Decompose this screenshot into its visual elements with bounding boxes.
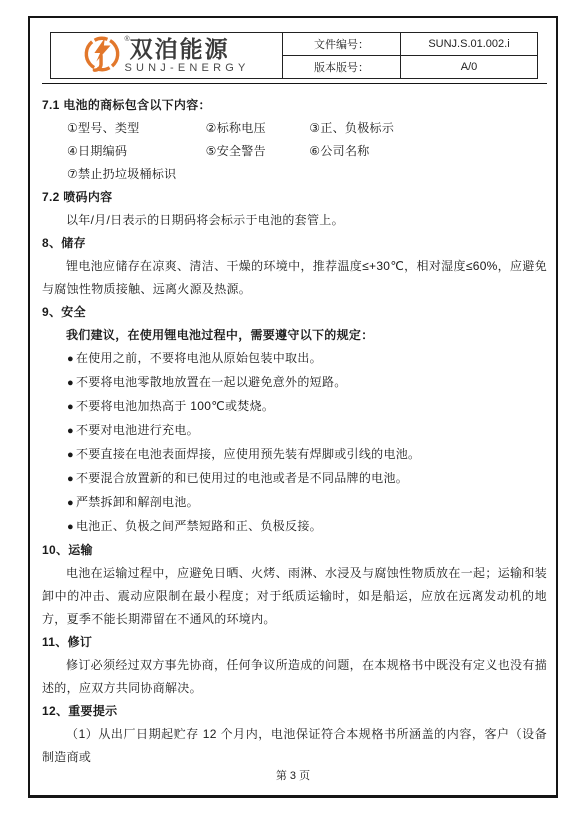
section-7-1-heading: 7.1 电池的商标包含以下内容： [42,94,547,117]
page-number: 第 3 页 [30,767,556,783]
trademark-item-3: ③正、负极标示 [309,121,394,135]
bullet-icon: ● [67,449,74,461]
header-divider [42,83,547,84]
version-row: 版本版号： A/0 [283,55,537,78]
trademark-item-6: ⑥公司名称 [309,144,369,158]
safety-rule-text: 在使用之前，不要将电池从原始包装中取出。 [76,351,322,365]
safety-rule-text: 严禁拆卸和解剖电池。 [76,495,199,509]
section-12-heading: 12、重要提示 [42,700,547,723]
trademark-item-4: ④日期编码 [67,140,202,163]
safety-rule: ●严禁拆卸和解剖电池。 [67,491,547,515]
safety-rule-text: 电池正、负极之间严禁短路和正、负极反接。 [76,519,322,533]
trademark-row-2: ④日期编码 ⑤安全警告 ⑥公司名称 [42,140,547,163]
safety-rule-text: 不要混合放置新的和已使用过的电池或者是不同品牌的电池。 [76,471,408,485]
brand-name-en: SUNJ-ENERGY [124,62,249,74]
safety-rule: ●不要混合放置新的和已使用过的电池或者是不同品牌的电池。 [67,467,547,491]
safety-rule: ●不要直接在电池表面焊接，应使用预先装有焊脚或引线的电池。 [67,443,547,467]
safety-rule-text: 不要将电池加热高于 100℃或焚烧。 [76,399,274,413]
trademark-item-5: ⑤安全警告 [206,140,306,163]
trademark-row-1: ①型号、类型 ②标称电压 ③正、负极标示 [42,117,547,140]
section-9-heading: 9、安全 [42,301,547,324]
trademark-item-1: ①型号、类型 [67,117,202,140]
doc-number-label: 文件编号： [283,33,401,55]
document-meta: 文件编号： SUNJ.S.01.002.i 版本版号： A/0 [283,33,537,78]
section-8-heading: 8、储存 [42,232,547,255]
section-12-paragraph: （1）从出厂日期起贮存 12 个月内，电池保证符合本规格书所涵盖的内容，客户（设… [42,723,547,769]
flame-bolt-icon [83,33,121,80]
bullet-icon: ● [67,425,74,437]
section-10-paragraph: 电池在运输过程中，应避免日晒、火烤、雨淋、水浸及与腐蚀性物质放在一起；运输和装卸… [42,562,547,631]
bullet-icon: ● [67,521,74,533]
safety-rule-text: 不要将电池零散地放置在一起以避免意外的短路。 [76,375,347,389]
section-11-heading: 11、修订 [42,631,547,654]
section-9-intro: 我们建议，在使用锂电池过程中，需要遵守以下的规定： [42,324,547,347]
trademark-row-3: ⑦禁止扔垃圾桶标识 [42,163,547,186]
doc-number-row: 文件编号： SUNJ.S.01.002.i [283,33,537,55]
safety-rule-text: 不要对电池进行充电。 [76,423,199,437]
bullet-icon: ● [67,377,74,389]
section-8-paragraph: 锂电池应储存在凉爽、清洁、干燥的环境中，推荐温度≤+30℃，相对湿度≤60%，应… [42,255,547,301]
safety-rules-list: ●在使用之前，不要将电池从原始包装中取出。 ●不要将电池零散地放置在一起以避免意… [42,347,547,539]
section-7-2-paragraph: 以年/月/日表示的日期码将会标示于电池的套管上。 [42,209,547,232]
bullet-icon: ● [67,353,74,365]
brand-name-cn: 双洎能源 [130,37,230,61]
doc-number-value: SUNJ.S.01.002.i [401,33,537,55]
safety-rule: ●不要将电池加热高于 100℃或焚烧。 [67,395,547,419]
trademark-item-7: ⑦禁止扔垃圾桶标识 [67,163,202,186]
bullet-icon: ● [67,401,74,413]
document-page: ® 双洎能源 SUNJ-ENERGY 文件编号： SUNJ.S.01.002.i… [28,16,558,798]
safety-rule: ●电池正、负极之间严禁短路和正、负极反接。 [67,515,547,539]
section-10-heading: 10、运输 [42,539,547,562]
company-logo: ® 双洎能源 SUNJ-ENERGY [51,33,283,78]
bullet-icon: ● [67,473,74,485]
section-7-2-heading: 7.2 喷码内容 [42,186,547,209]
version-value: A/0 [401,56,537,78]
bullet-icon: ● [67,497,74,509]
document-body: 7.1 电池的商标包含以下内容： ①型号、类型 ②标称电压 ③正、负极标示 ④日… [42,94,547,769]
brand-text: ® 双洎能源 SUNJ-ENERGY [124,37,249,74]
safety-rule: ●不要将电池零散地放置在一起以避免意外的短路。 [67,371,547,395]
trademark-item-2: ②标称电压 [206,117,306,140]
safety-rule: ●在使用之前，不要将电池从原始包装中取出。 [67,347,547,371]
version-label: 版本版号： [283,56,401,78]
header-table: ® 双洎能源 SUNJ-ENERGY 文件编号： SUNJ.S.01.002.i… [50,32,538,79]
section-11-paragraph: 修订必须经过双方事先协商，任何争议所造成的问题，在本规格书中既没有定义也没有描述… [42,654,547,700]
safety-rule-text: 不要直接在电池表面焊接，应使用预先装有焊脚或引线的电池。 [76,447,420,461]
safety-rule: ●不要对电池进行充电。 [67,419,547,443]
